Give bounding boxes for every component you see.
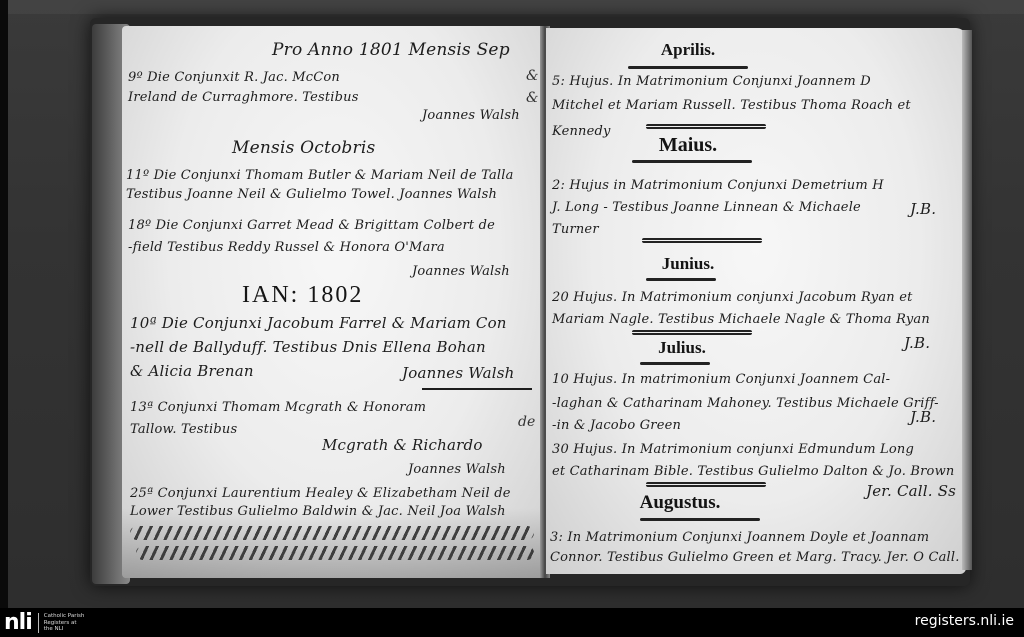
signature: Joannes Walsh (422, 108, 520, 123)
register-page-right: Aprilis. 5: Hujus. In Matrimonium Conjun… (546, 28, 966, 574)
entry-line: -nell de Ballyduff. Testibus Dnis Ellena… (130, 338, 486, 356)
entry-line: 30 Hujus. In Matrimonium conjunxi Edmund… (552, 442, 914, 457)
entry-line: Ireland de Curraghmore. Testibus (128, 90, 359, 105)
entry-line: Mcgrath & Richardo (322, 436, 483, 454)
entry-line: Connor. Testibus Gulielmo Green et Marg.… (550, 550, 960, 565)
nli-logo-caption: Catholic Parish Registers at the NLI (44, 613, 86, 633)
entry-line: Turner (552, 222, 599, 237)
month-rule (646, 278, 716, 281)
margin-mark: de (518, 414, 535, 430)
initials-mark: J.B. (910, 408, 936, 426)
month-rule (632, 330, 752, 335)
viewer-left-edge (0, 0, 8, 608)
signature: Joannes Walsh (412, 264, 510, 279)
entry-line: Mitchel et Mariam Russell. Testibus Thom… (552, 98, 911, 113)
entry-line: -field Testibus Reddy Russel & Honora O'… (128, 240, 445, 255)
month-heading-junius: Junius. (608, 254, 768, 274)
month-heading-augustus: Augustus. (600, 492, 760, 514)
signature: Joannes Walsh (408, 462, 506, 477)
entry-line: & Alicia Brenan (130, 362, 254, 380)
entry-line: 18º Die Conjunxi Garret Mead & Brigittam… (128, 218, 495, 233)
scan-image-viewer[interactable]: Pro Anno 1801 Mensis Sep 9º Die Conjunxi… (0, 0, 1024, 608)
month-rule (640, 362, 710, 365)
entry-line: Tallow. Testibus (130, 422, 237, 437)
footer-bar: nli Catholic Parish Registers at the NLI… (0, 608, 1024, 637)
year-heading: IAN: 1802 (242, 282, 363, 309)
entry-line: 9º Die Conjunxit R. Jac. McCon (128, 70, 340, 85)
nli-logo[interactable]: nli Catholic Parish Registers at the NLI (4, 611, 86, 635)
month-heading-aprilis: Aprilis. (608, 40, 768, 60)
crossed-out-text (130, 526, 534, 540)
signature-underline (422, 388, 532, 390)
month-rule (632, 160, 752, 163)
entry-line: 13ª Conjunxi Thomam Mcgrath & Honoram (130, 400, 426, 415)
month-heading-october: Mensis Octobris (232, 138, 375, 158)
entry-line: Lower Testibus Gulielmo Baldwin & Jac. N… (130, 504, 506, 519)
month-rule (628, 66, 748, 69)
book-right-edge (962, 30, 972, 570)
entry-line: -in & Jacobo Green (552, 418, 681, 433)
margin-mark: & (526, 90, 538, 106)
entry-line: 10ª Die Conjunxi Jacobum Farrel & Mariam… (130, 314, 507, 332)
crossed-out-text (136, 546, 534, 560)
signature: Joannes Walsh (402, 364, 514, 382)
signature: Jer. Call. Ss (866, 482, 956, 500)
entry-line: 3: In Matrimonium Conjunxi Joannem Doyle… (550, 530, 929, 545)
site-url-link[interactable]: registers.nli.ie (915, 613, 1014, 629)
month-rule (646, 482, 766, 487)
initials-mark: J.B. (904, 334, 930, 352)
entry-line: 11º Die Conjunxi Thomam Butler & Mariam … (126, 168, 514, 183)
nli-logo-mark: nli (4, 612, 32, 634)
logo-divider (38, 613, 39, 633)
entry-line: 2: Hujus in Matrimonium Conjunxi Demetri… (552, 178, 884, 193)
entry-line: 5: Hujus. In Matrimonium Conjunxi Joanne… (552, 74, 871, 89)
month-rule (640, 518, 760, 521)
register-page-left: Pro Anno 1801 Mensis Sep 9º Die Conjunxi… (122, 26, 546, 578)
scan-top-shadow (8, 0, 1024, 14)
month-rule (646, 124, 766, 129)
month-rule (642, 238, 762, 243)
left-page-header: Pro Anno 1801 Mensis Sep (272, 40, 510, 60)
entry-line: et Catharinam Bible. Testibus Gulielmo D… (552, 464, 954, 479)
entry-line: Mariam Nagle. Testibus Michaele Nagle & … (552, 312, 930, 327)
entry-line: 20 Hujus. In Matrimonium conjunxi Jacobu… (552, 290, 913, 305)
month-heading-maius: Maius. (608, 134, 768, 157)
entry-line: J. Long - Testibus Joanne Linnean & Mich… (552, 200, 861, 215)
initials-mark: J.B. (910, 200, 936, 218)
margin-mark: & (526, 68, 538, 84)
month-heading-julius: Julius. (602, 338, 762, 358)
entry-line: 10 Hujus. In matrimonium Conjunxi Joanne… (552, 372, 890, 387)
entry-line: 25ª Conjunxi Laurentium Healey & Elizabe… (130, 486, 511, 501)
entry-line: -laghan & Catharinam Mahoney. Testibus M… (552, 396, 939, 411)
entry-line: Testibus Joanne Neil & Gulielmo Towel. J… (126, 187, 497, 202)
entry-line: Kennedy (552, 124, 611, 139)
